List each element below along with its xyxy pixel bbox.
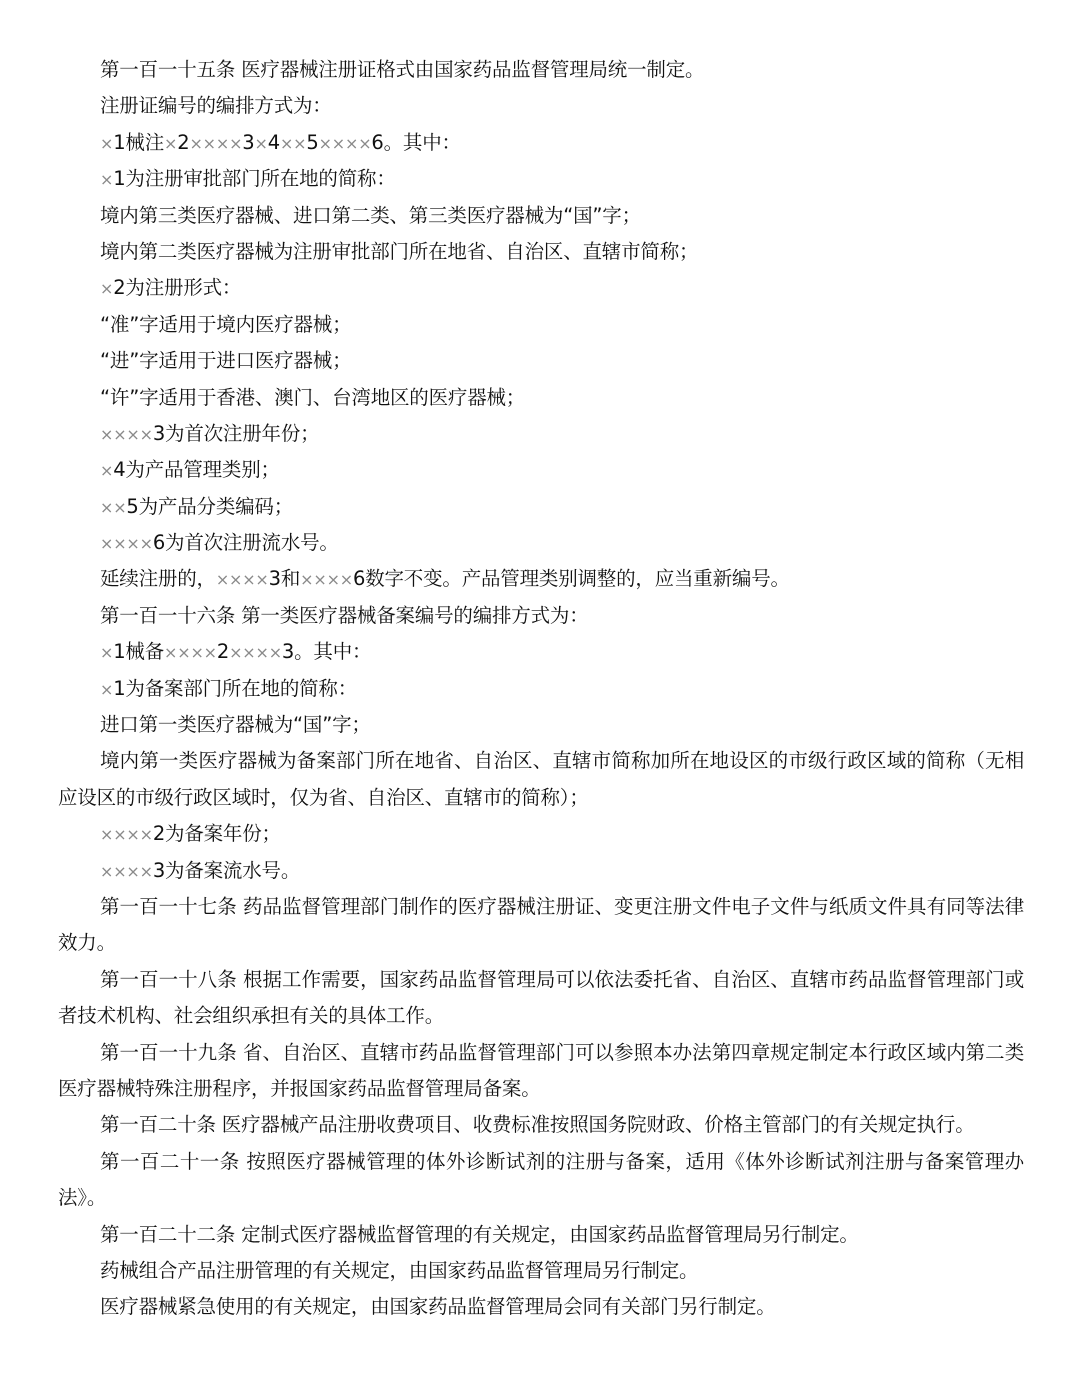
article-116-x1-a: 进口第一类医疗器械为“国”字；	[58, 707, 1024, 743]
placeholder-mark: ××××	[216, 570, 269, 589]
placeholder-mark: ××××	[164, 643, 217, 662]
document-page: 第一百一十五条 医疗器械注册证格式由国家药品监督管理局统一制定。 注册证编号的编…	[58, 52, 1024, 1326]
placeholder-mark: ×	[255, 134, 268, 153]
format-segment: 3。其中：	[282, 640, 371, 663]
article-115-x5: ××5为产品分类编码；	[58, 489, 1024, 525]
article-119: 第一百一十九条 省、自治区、直辖市药品监督管理部门可以参照本办法第四章规定制定本…	[58, 1035, 1024, 1108]
placeholder-mark: ××	[100, 498, 126, 517]
format-segment: 3	[242, 131, 254, 154]
article-115-x2-a: “准”字适用于境内医疗器械；	[58, 307, 1024, 343]
article-115-x2-c: “许”字适用于香港、澳门、台湾地区的医疗器械；	[58, 380, 1024, 416]
article-118: 第一百一十八条 根据工作需要，国家药品监督管理局可以依法委托省、自治区、直辖市药…	[58, 962, 1024, 1035]
placeholder-mark: ××××	[319, 134, 372, 153]
article-115-intro: 注册证编号的编排方式为：	[58, 88, 1024, 124]
line-text: 1为备案部门所在地的简称：	[113, 677, 357, 700]
article-116-x1: ×1为备案部门所在地的简称：	[58, 671, 1024, 707]
line-text: 3和	[269, 567, 301, 590]
article-115-x4: ×4为产品管理类别；	[58, 452, 1024, 488]
article-115-x2-b: “进”字适用于进口医疗器械；	[58, 343, 1024, 379]
placeholder-mark: ××××	[189, 134, 242, 153]
article-116-x2: ××××2为备案年份；	[58, 816, 1024, 852]
article-115-x1: ×1为注册审批部门所在地的简称：	[58, 161, 1024, 197]
line-text: 5为产品分类编码；	[126, 495, 293, 518]
format-segment: 2	[177, 131, 189, 154]
article-115-format: ×1械注×2××××3×4××5××××6。其中：	[58, 125, 1024, 161]
placeholder-mark: ×	[100, 279, 113, 298]
placeholder-mark: ××	[280, 134, 306, 153]
line-text: 2为备案年份；	[153, 822, 281, 845]
placeholder-mark: ××××	[100, 534, 153, 553]
line-text: 6数字不变。产品管理类别调整的，应当重新编号。	[353, 567, 790, 590]
placeholder-mark: ×	[100, 134, 113, 153]
placeholder-mark: ×	[100, 170, 113, 189]
format-segment: 6。其中：	[371, 131, 460, 154]
placeholder-mark: ×	[164, 134, 177, 153]
line-text: 6为首次注册流水号。	[153, 531, 339, 554]
format-segment: 1械注	[113, 131, 164, 154]
article-115-x1-b: 境内第二类医疗器械为注册审批部门所在地省、自治区、直辖市简称；	[58, 234, 1024, 270]
article-122: 第一百二十二条 定制式医疗器械监督管理的有关规定，由国家药品监督管理局另行制定。	[58, 1217, 1024, 1253]
article-117: 第一百一十七条 药品监督管理部门制作的医疗器械注册证、变更注册文件电子文件与纸质…	[58, 889, 1024, 962]
placeholder-mark: ××××	[100, 825, 153, 844]
article-115-title: 第一百一十五条 医疗器械注册证格式由国家药品监督管理局统一制定。	[58, 52, 1024, 88]
placeholder-mark: ××××	[100, 862, 153, 881]
format-segment: 4	[268, 131, 280, 154]
line-text: 延续注册的，	[100, 567, 216, 590]
line-text: 3为首次注册年份；	[153, 422, 320, 445]
format-segment: 2	[217, 640, 229, 663]
format-segment: 5	[306, 131, 318, 154]
article-115-x6: ××××6为首次注册流水号。	[58, 525, 1024, 561]
article-116-x1-b: 境内第一类医疗器械为备案部门所在地省、自治区、直辖市简称加所在地设区的市级行政区…	[58, 743, 1024, 816]
article-115-x2: ×2为注册形式：	[58, 270, 1024, 306]
article-122-drug-device-combination: 药械组合产品注册管理的有关规定，由国家药品监督管理局另行制定。	[58, 1253, 1024, 1289]
article-116-title: 第一百一十六条 第一类医疗器械备案编号的编排方式为：	[58, 598, 1024, 634]
article-115-x3: ××××3为首次注册年份；	[58, 416, 1024, 452]
placeholder-mark: ×	[100, 680, 113, 699]
placeholder-mark: ××××	[300, 570, 353, 589]
format-segment: 1械备	[113, 640, 164, 663]
article-121: 第一百二十一条 按照医疗器械管理的体外诊断试剂的注册与备案，适用《体外诊断试剂注…	[58, 1144, 1024, 1217]
placeholder-mark: ××××	[229, 643, 282, 662]
line-text: 4为产品管理类别；	[113, 458, 280, 481]
placeholder-mark: ×	[100, 643, 113, 662]
article-115-x1-a: 境内第三类医疗器械、进口第二类、第三类医疗器械为“国”字；	[58, 198, 1024, 234]
placeholder-mark: ×	[100, 461, 113, 480]
line-text: 3为备案流水号。	[153, 859, 300, 882]
line-text: 1为注册审批部门所在地的简称：	[113, 167, 395, 190]
article-122-emergency-use: 医疗器械紧急使用的有关规定，由国家药品监督管理局会同有关部门另行制定。	[58, 1289, 1024, 1325]
article-116-format: ×1械备××××2××××3。其中：	[58, 634, 1024, 670]
line-text: 2为注册形式：	[113, 276, 241, 299]
article-116-x3: ××××3为备案流水号。	[58, 853, 1024, 889]
article-120: 第一百二十条 医疗器械产品注册收费项目、收费标准按照国务院财政、价格主管部门的有…	[58, 1107, 1024, 1143]
placeholder-mark: ××××	[100, 425, 153, 444]
article-115-renewal: 延续注册的，××××3和××××6数字不变。产品管理类别调整的，应当重新编号。	[58, 561, 1024, 597]
